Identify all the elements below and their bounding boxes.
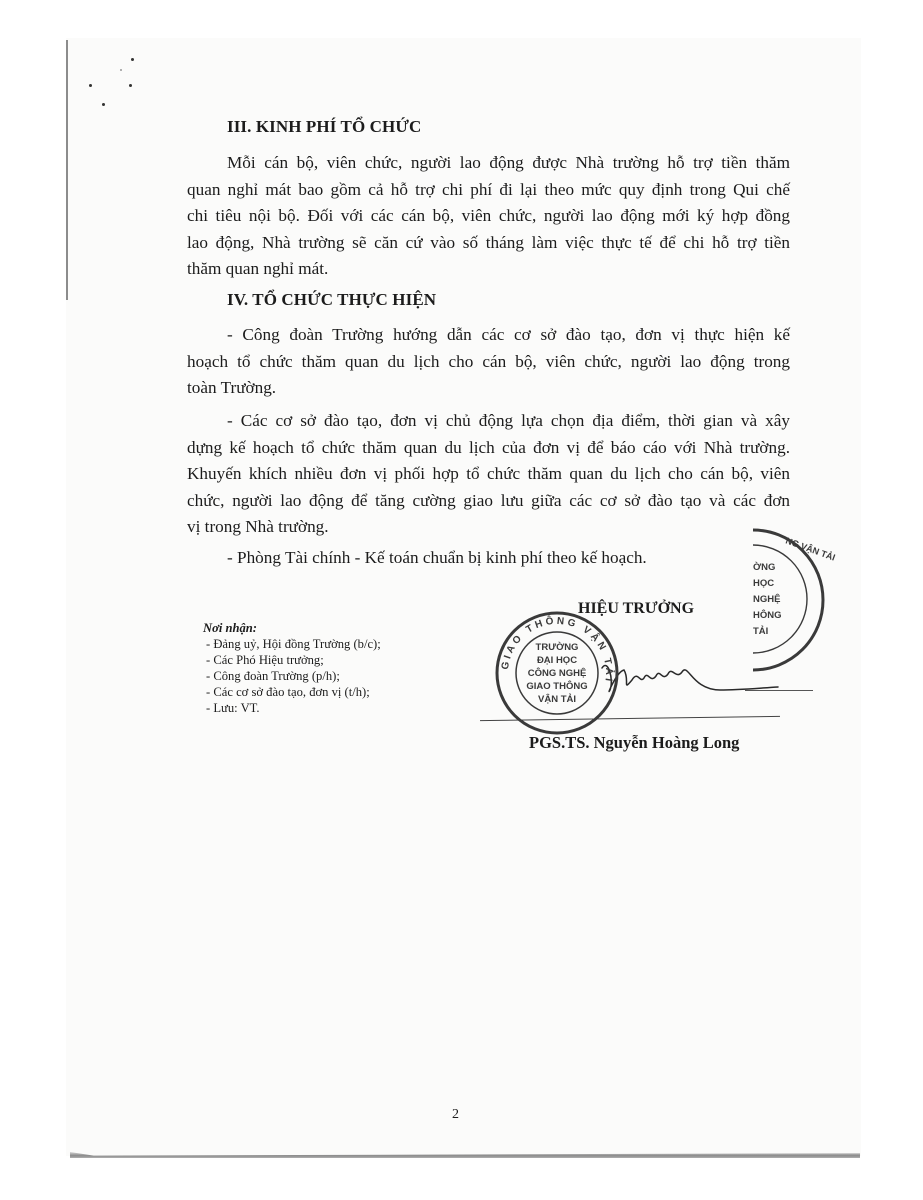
svg-text:HỌC: HỌC (753, 578, 774, 589)
svg-text:ĐẠI HỌC: ĐẠI HỌC (537, 655, 577, 666)
svg-text:TRƯỜNG: TRƯỜNG (536, 641, 579, 653)
svg-text:GIAO THÔNG: GIAO THÔNG (526, 680, 587, 692)
scan-dust (129, 84, 132, 87)
recipient-item: - Các cơ sở đào tạo, đơn vị (t/h); (203, 684, 381, 700)
paragraph-line: toàn Trường. (187, 375, 790, 402)
paragraph-line: hoạch tổ chức thăm quan du lịch cho cán … (187, 349, 790, 376)
paragraph-line: - Phòng Tài chính - Kế toán chuẩn bị kin… (187, 545, 790, 572)
paragraph-line: quan nghỉ mát bao gồm cả hỗ trợ chi phí … (187, 177, 790, 204)
paragraph-line: vị trong Nhà trường. (187, 514, 790, 541)
section-heading-funding: III. KINH PHÍ TỔ CHỨC (227, 117, 421, 137)
paragraph-funding: Mỗi cán bộ, viên chức, người lao động đư… (187, 150, 790, 283)
svg-text:TẢI: TẢI (753, 625, 768, 637)
scan-dust (131, 58, 134, 61)
svg-text:VẬN TẢI: VẬN TẢI (538, 693, 576, 705)
signer-name: PGS.TS. Nguyễn Hoàng Long (529, 733, 739, 753)
paragraph-line: Khuyến khích nhiều đơn vị phối hợp tổ ch… (187, 461, 790, 488)
recipient-item: - Đảng uỷ, Hội đồng Trường (b/c); (203, 636, 381, 652)
paragraph-line: thăm quan nghỉ mát. (187, 256, 790, 283)
paragraph-line: chi tiêu nội bộ. Đối với các cán bộ, viê… (187, 203, 790, 230)
paragraph-finance-dept: - Phòng Tài chính - Kế toán chuẩn bị kin… (187, 545, 790, 572)
page-number: 2 (452, 1107, 459, 1123)
recipient-item: - Các Phó Hiệu trưởng; (203, 652, 381, 668)
paragraph-line: chức, người lao động để tăng cường giao … (187, 488, 790, 515)
paragraph-units-plan: - Các cơ sở đào tạo, đơn vị chủ động lựa… (187, 408, 790, 541)
svg-text:CÔNG NGHỆ: CÔNG NGHỆ (528, 667, 587, 679)
margin-rule (745, 690, 813, 691)
paragraph-line: - Công đoàn Trường hướng dẫn các cơ sở đ… (187, 322, 790, 349)
scan-dust (89, 84, 92, 87)
svg-text:ỜNG: ỜNG (753, 561, 775, 573)
paragraph-line: - Các cơ sở đào tạo, đơn vị chủ động lựa… (187, 408, 790, 435)
page-left-edge (66, 40, 68, 300)
partial-stamp-margin: ỜNG HỌC NGHỆ HÔNG TẢI NG VẬN TẢI (745, 525, 845, 675)
scan-dust (120, 69, 122, 71)
svg-text:HÔNG: HÔNG (753, 609, 782, 621)
recipient-item: - Công đoàn Trường (p/h); (203, 668, 381, 684)
recipient-item: - Lưu: VT. (203, 700, 381, 716)
section-heading-implementation: IV. TỔ CHỨC THỰC HIỆN (227, 290, 436, 310)
scan-dust (102, 103, 105, 106)
paragraph-union-guidance: - Công đoàn Trường hướng dẫn các cơ sở đ… (187, 322, 790, 402)
svg-text:NGHỆ: NGHỆ (753, 593, 780, 605)
official-stamp: GIAO THÔNG VẬN TẢI TRƯỜNG ĐẠI HỌC CÔNG N… (494, 610, 620, 736)
paragraph-line: Mỗi cán bộ, viên chức, người lao động đư… (187, 150, 790, 177)
paragraph-line: lao động, Nhà trường sẽ căn cứ vào số th… (187, 230, 790, 257)
paragraph-line: dựng kế hoạch tổ chức thăm quan du lịch … (187, 435, 790, 462)
recipients-block: Nơi nhận: - Đảng uỷ, Hội đồng Trường (b/… (203, 620, 381, 716)
recipients-title: Nơi nhận: (203, 620, 381, 636)
